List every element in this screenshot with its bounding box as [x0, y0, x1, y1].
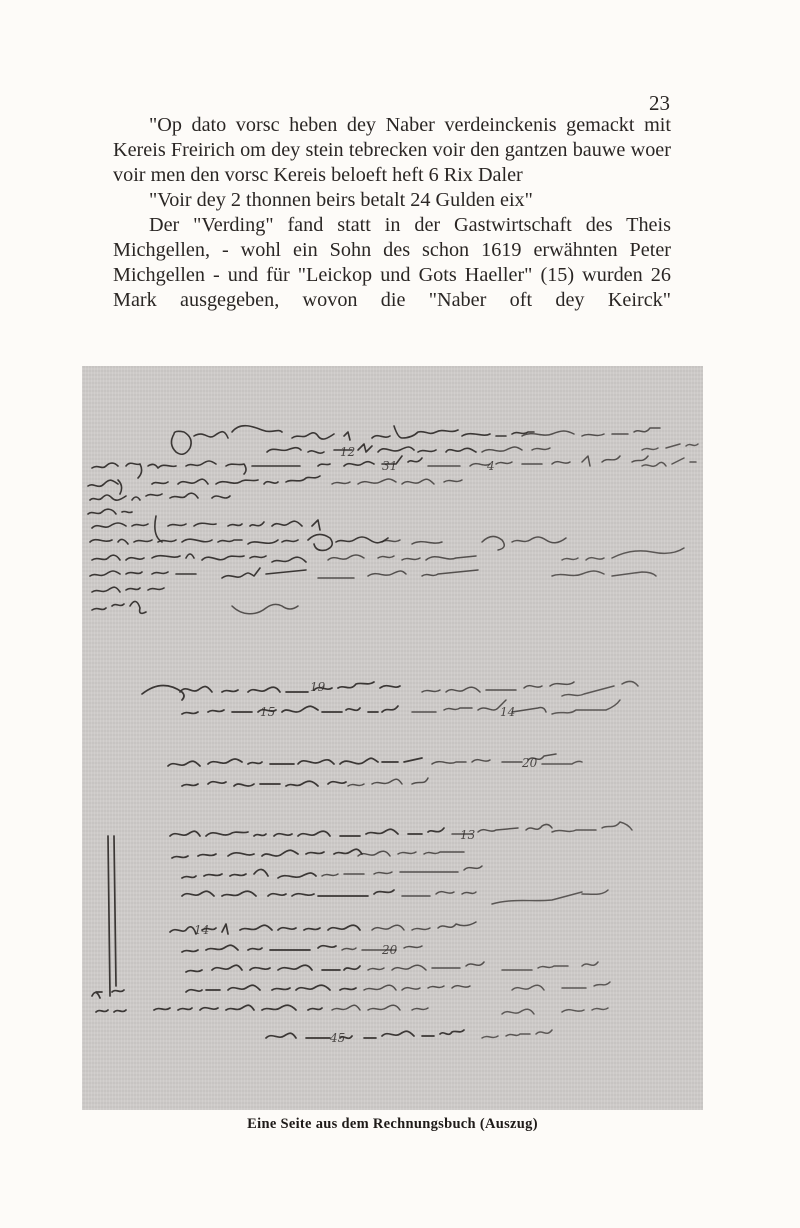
svg-text:31: 31	[382, 459, 397, 473]
svg-text:13: 13	[460, 828, 476, 842]
svg-text:45: 45	[329, 1031, 345, 1045]
svg-text:15: 15	[260, 705, 275, 719]
svg-text:12: 12	[340, 445, 355, 459]
page-number: 23	[600, 91, 670, 115]
svg-text:20: 20	[381, 943, 398, 957]
figure-caption: Eine Seite aus dem Rechnungsbuch (Auszug…	[82, 1116, 703, 1133]
handwriting-strokes: 12 31 4 19 15 14 20 13 14 20 45	[82, 366, 703, 1110]
svg-text:14: 14	[194, 923, 209, 937]
manuscript-image: 12 31 4 19 15 14 20 13 14 20 45	[82, 366, 703, 1110]
quote-paragraph-2: "Voir dey 2 thonnen beirs betalt 24 Guld…	[113, 188, 671, 213]
quote-paragraph-1: "Op dato vorsc heben dey Naber verdeinck…	[113, 113, 671, 188]
narrative-paragraph: Der "Verding" fand statt in der Gastwirt…	[113, 213, 671, 313]
body-text: "Op dato vorsc heben dey Naber verdeinck…	[113, 113, 671, 313]
svg-text:20: 20	[521, 756, 538, 770]
svg-text:4: 4	[486, 459, 495, 473]
svg-text:19: 19	[310, 680, 326, 694]
svg-text:14: 14	[500, 705, 515, 719]
